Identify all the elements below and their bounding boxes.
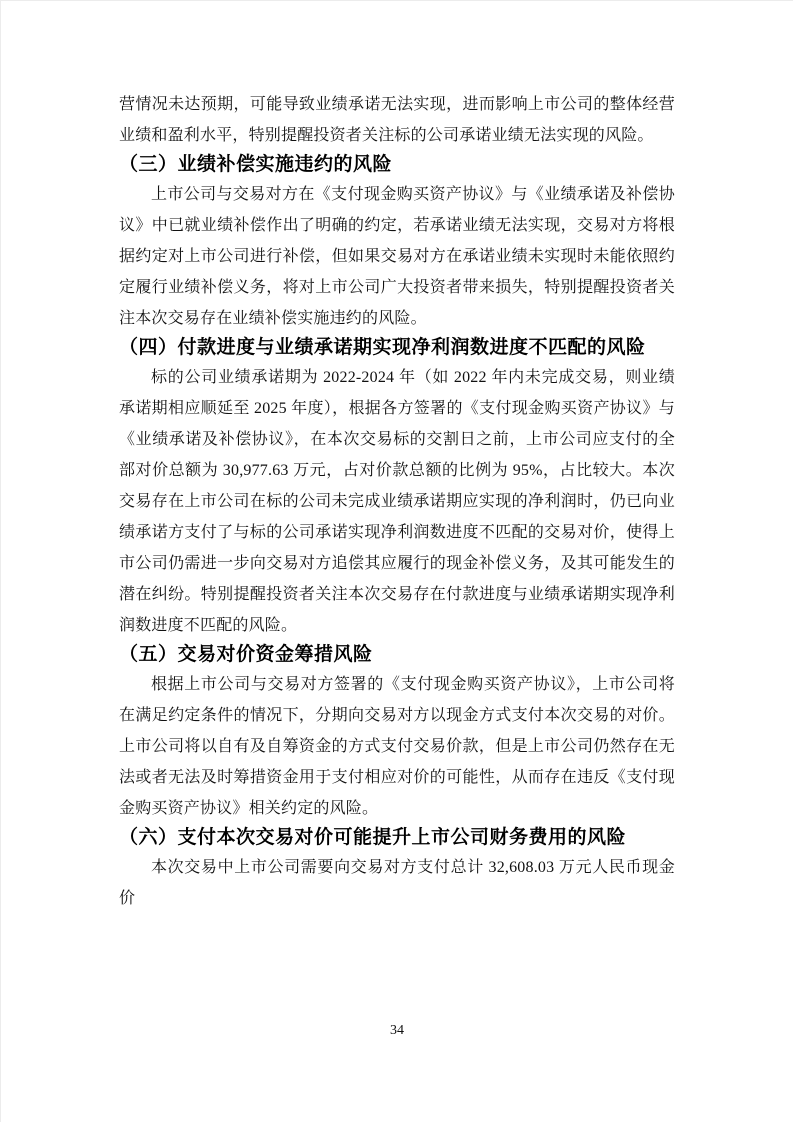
body-paragraph: 本次交易中上市公司需要向交易对方支付总计 32,608.03 万元人民币现金价 [119,852,675,914]
section-heading-financial-expense-risk: （六）支付本次交易对价可能提升上市公司财务费用的风险 [119,824,675,852]
section-heading-funding-risk: （五）交易对价资金筹措风险 [119,641,675,669]
page-number: 34 [1,1023,793,1039]
document-page: 营情况未达预期，可能导致业绩承诺无法实现，进而影响上市公司的整体经营业绩和盈利水… [0,0,793,1122]
section-heading-performance-compensation-breach: （三）业绩补偿实施违约的风险 [119,151,675,179]
section-heading-payment-progress-mismatch: （四）付款进度与业绩承诺期实现净利润数进度不匹配的风险 [119,334,675,362]
body-paragraph: 根据上市公司与交易对方签署的《支付现金购买资产协议》，上市公司将在满足约定条件的… [119,669,675,824]
document-content: 营情况未达预期，可能导致业绩承诺无法实现，进而影响上市公司的整体经营业绩和盈利水… [119,89,675,914]
body-paragraph-continuation: 营情况未达预期，可能导致业绩承诺无法实现，进而影响上市公司的整体经营业绩和盈利水… [119,89,675,151]
body-paragraph: 上市公司与交易对方在《支付现金购买资产协议》与《业绩承诺及补偿协议》中已就业绩补… [119,179,675,334]
body-paragraph: 标的公司业绩承诺期为 2022-2024 年（如 2022 年内未完成交易，则业… [119,362,675,641]
